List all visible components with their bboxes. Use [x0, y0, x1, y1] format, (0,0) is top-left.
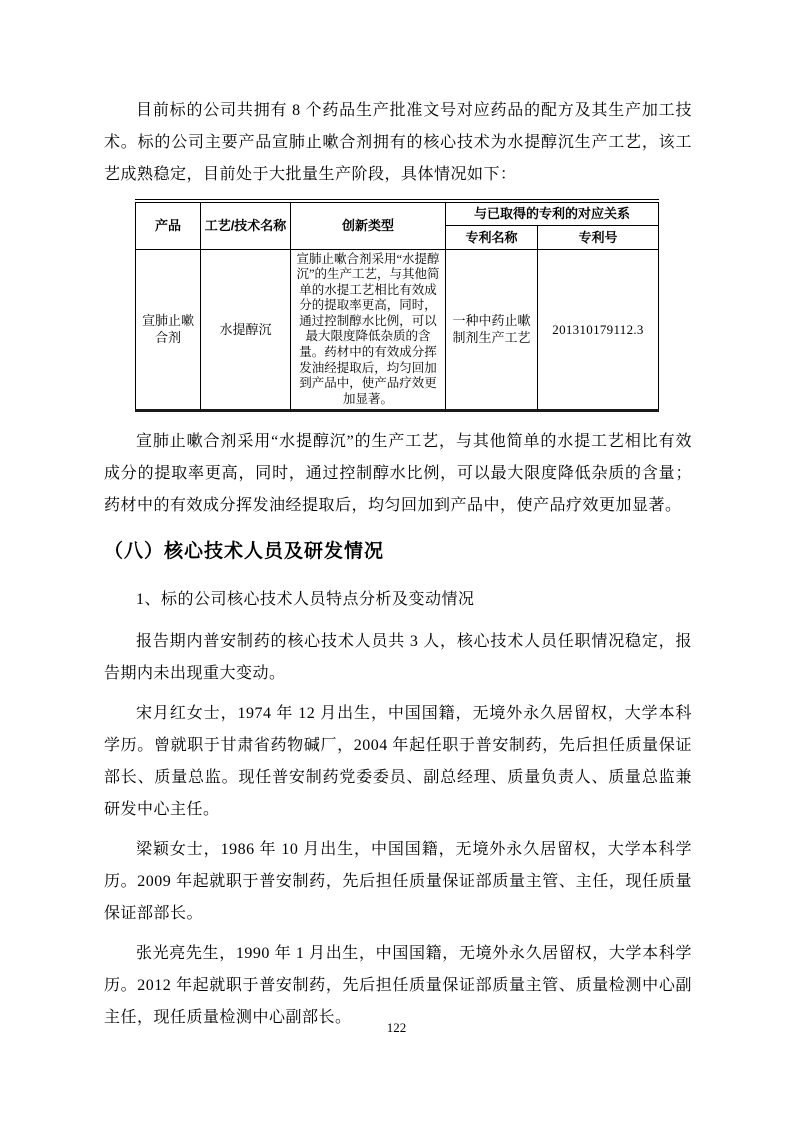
paragraph-intro: 目前标的公司共拥有 8 个药品生产批准文号对应药品的配方及其生产加工技术。标的公… — [104, 95, 692, 191]
header-innovation-type: 创新类型 — [291, 201, 446, 249]
header-product: 产品 — [136, 201, 201, 249]
header-patent-relation: 与已取得的专利的对应关系 — [446, 201, 659, 225]
paragraph-bio-liang: 梁颖女士，1986 年 10 月出生，中国国籍，无境外永久居留权，大学本科学历。… — [104, 834, 692, 930]
header-process-name: 工艺/技术名称 — [201, 201, 291, 249]
header-patent-number: 专利号 — [538, 225, 659, 249]
paragraph-after-table: 宣肺止嗽合剂采用“水提醇沉”的生产工艺，与其他简单的水提工艺相比有效成分的提取率… — [104, 426, 692, 522]
core-technology-table: 产品 工艺/技术名称 创新类型 与已取得的专利的对应关系 专利名称 专利号 宣肺… — [135, 199, 659, 412]
paragraph-bio-song: 宋月红女士，1974 年 12 月出生，中国国籍，无境外永久居留权，大学本科学历… — [104, 698, 692, 826]
sub-heading: 1、标的公司核心技术人员特点分析及变动情况 — [104, 588, 692, 612]
header-patent-name: 专利名称 — [446, 225, 538, 249]
section-heading: （八）核心技术人员及研发情况 — [104, 538, 692, 566]
document-content: 目前标的公司共拥有 8 个药品生产批准文号对应药品的配方及其生产加工技术。标的公… — [0, 0, 793, 1034]
cell-product: 宣肺止嗽合剂 — [136, 249, 201, 411]
document-page: 目前标的公司共拥有 8 个药品生产批准文号对应药品的配方及其生产加工技术。标的公… — [0, 0, 793, 1122]
paragraph-staff-overview: 报告期内普安制药的核心技术人员共 3 人，核心技术人员任职情况稳定，报告期内未出… — [104, 626, 692, 690]
cell-patent-number: 201310179112.3 — [538, 249, 659, 411]
page-number: 122 — [0, 1020, 793, 1036]
table-header-row-1: 产品 工艺/技术名称 创新类型 与已取得的专利的对应关系 — [136, 201, 659, 225]
table-row: 宣肺止嗽合剂 水提醇沉 宣肺止嗽合剂采用“水提醇沉”的生产工艺，与其他简单的水提… — [136, 249, 659, 411]
cell-process-name: 水提醇沉 — [201, 249, 291, 411]
cell-patent-name: 一种中药止嗽制剂生产工艺 — [446, 249, 538, 411]
cell-innovation-type: 宣肺止嗽合剂采用“水提醇沉”的生产工艺，与其他简单的水提工艺相比有效成分的提取率… — [291, 249, 446, 411]
